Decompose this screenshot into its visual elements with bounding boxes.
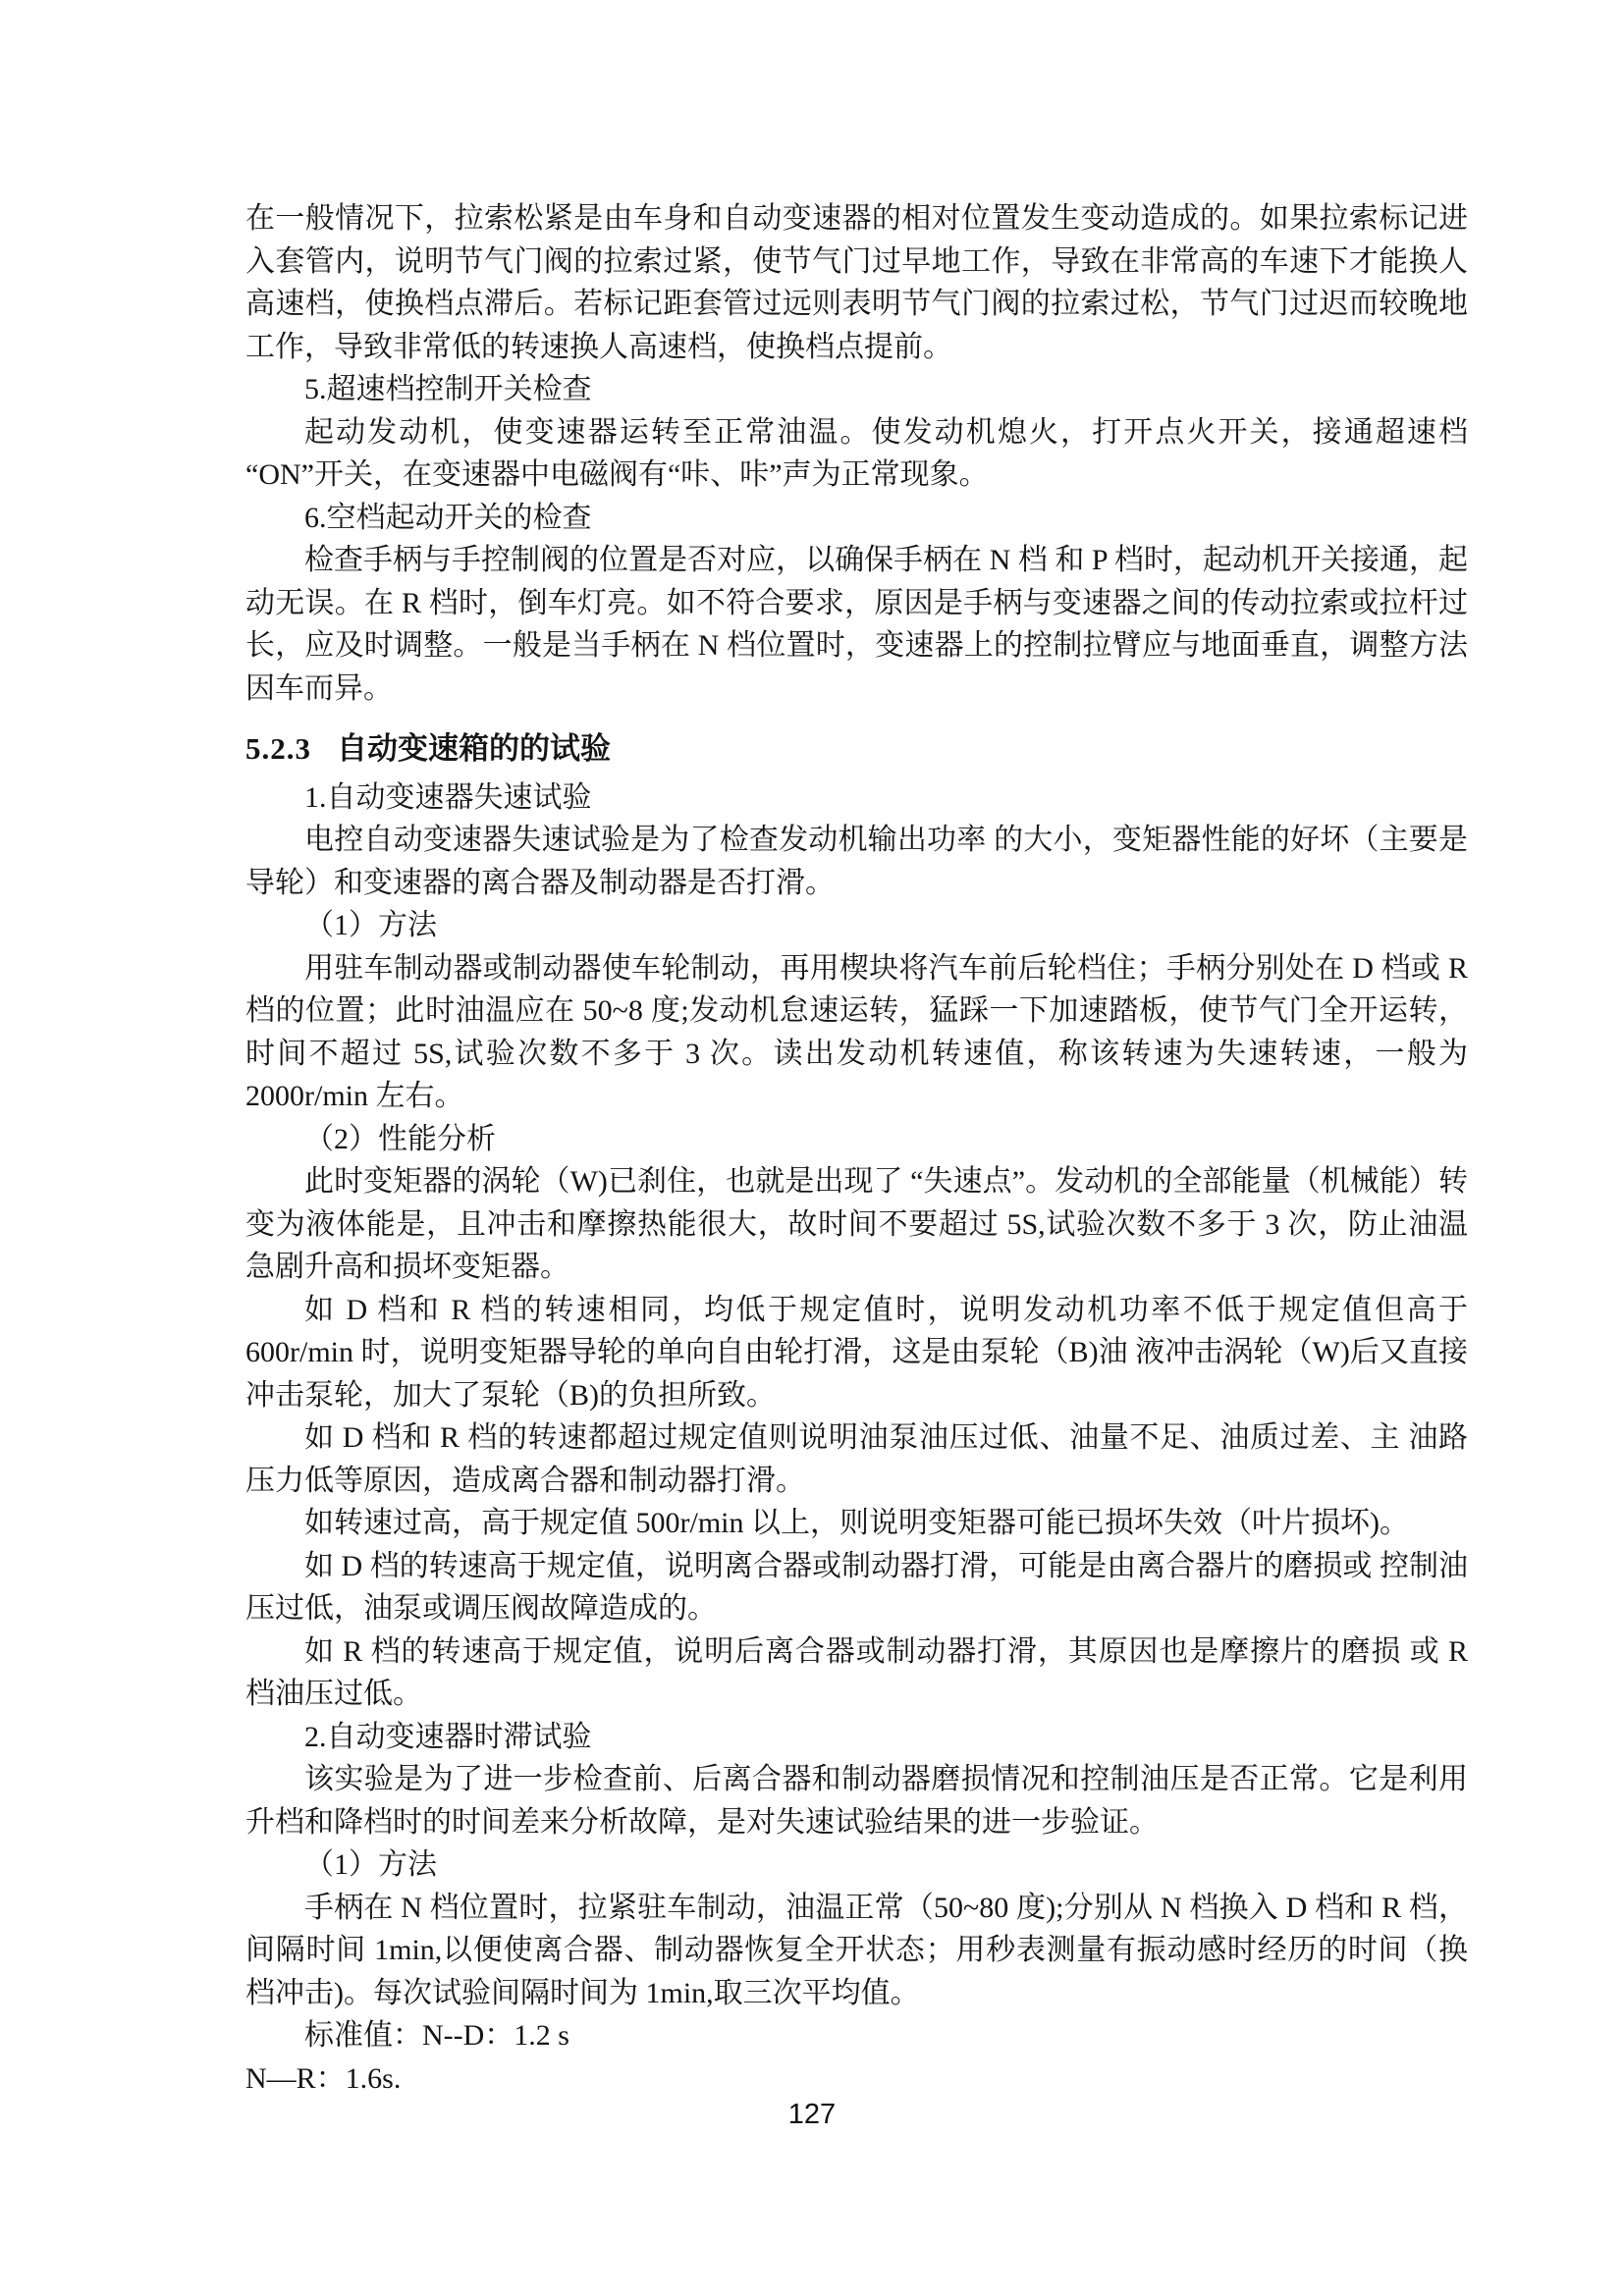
section-title: 自动变速箱的的试验 xyxy=(337,731,611,766)
paragraph: 如 D 档和 R 档的转速都超过规定值则说明油泵油压过低、油量不足、油质过差、主… xyxy=(245,1416,1468,1502)
document-page: 在一般情况下，拉索松紧是由车身和自动变速器的相对位置发生变动造成的。如果拉索标记… xyxy=(0,0,1624,2296)
paragraph: 如 D 档的转速高于规定值，说明离合器或制动器打滑，可能是由离合器片的磨损或 控… xyxy=(245,1545,1468,1630)
paragraph: 在一般情况下，拉索松紧是由车身和自动变速器的相对位置发生变动造成的。如果拉索标记… xyxy=(245,197,1468,368)
paragraph: 电控自动变速器失速试验是为了检查发动机输出功率 的大小，变矩器性能的好坏（主要是… xyxy=(245,819,1468,904)
paragraph: 该实验是为了进一步检查前、后离合器和制动器磨损情况和控制油压是否正常。它是利用升… xyxy=(245,1758,1468,1843)
paragraph: 用驻车制动器或制动器使车轮制动，再用楔块将汽车前后轮档住；手柄分别处在 D 档或… xyxy=(245,947,1468,1118)
paragraph: （2）性能分析 xyxy=(245,1118,1468,1161)
standard-value-line: 标准值：N--D：1.2 s xyxy=(245,2014,1468,2057)
paragraph: 如转速过高，高于规定值 500r/min 以上，则说明变矩器可能已损坏失效（叶片… xyxy=(245,1502,1468,1545)
paragraph: 手柄在 N 档位置时，拉紧驻车制动，油温正常（50~80 度);分别从 N 档换… xyxy=(245,1887,1468,2015)
paragraph: 检查手柄与手控制阀的位置是否对应，以确保手柄在 N 档 和 P 档时，起动机开关… xyxy=(245,539,1468,710)
paragraph: 5.超速档控制开关检查 xyxy=(245,368,1468,411)
paragraph: 2.自动变速器时滞试验 xyxy=(245,1716,1468,1759)
section-heading: 5.2.3自动变速箱的的试验 xyxy=(245,727,1468,771)
paragraph: 此时变矩器的涡轮（W)已刹住，也就是出现了 “失速点”。发动机的全部能量（机械能… xyxy=(245,1160,1468,1289)
paragraph: 1.自动变速器失速试验 xyxy=(245,776,1468,820)
paragraph: 起动发动机，使变速器运转至正常油温。使发动机熄火，打开点火开关，接通超速档 “O… xyxy=(245,411,1468,497)
paragraph: 如 R 档的转速高于规定值，说明后离合器或制动器打滑，其原因也是摩擦片的磨损 或… xyxy=(245,1630,1468,1716)
paragraph: 6.空档起动开关的检查 xyxy=(245,497,1468,540)
standard-value-line: N—R：1.6s. xyxy=(245,2057,1468,2101)
document-body: 在一般情况下，拉索松紧是由车身和自动变速器的相对位置发生变动造成的。如果拉索标记… xyxy=(245,197,1468,2100)
paragraph: （1）方法 xyxy=(245,904,1468,947)
page-number: 127 xyxy=(0,2099,1624,2131)
paragraph: （1）方法 xyxy=(245,1843,1468,1887)
paragraph: 如 D 档和 R 档的转速相同，均低于规定值时，说明发动机功率不低于规定值但高于… xyxy=(245,1289,1468,1417)
section-number: 5.2.3 xyxy=(245,731,311,766)
